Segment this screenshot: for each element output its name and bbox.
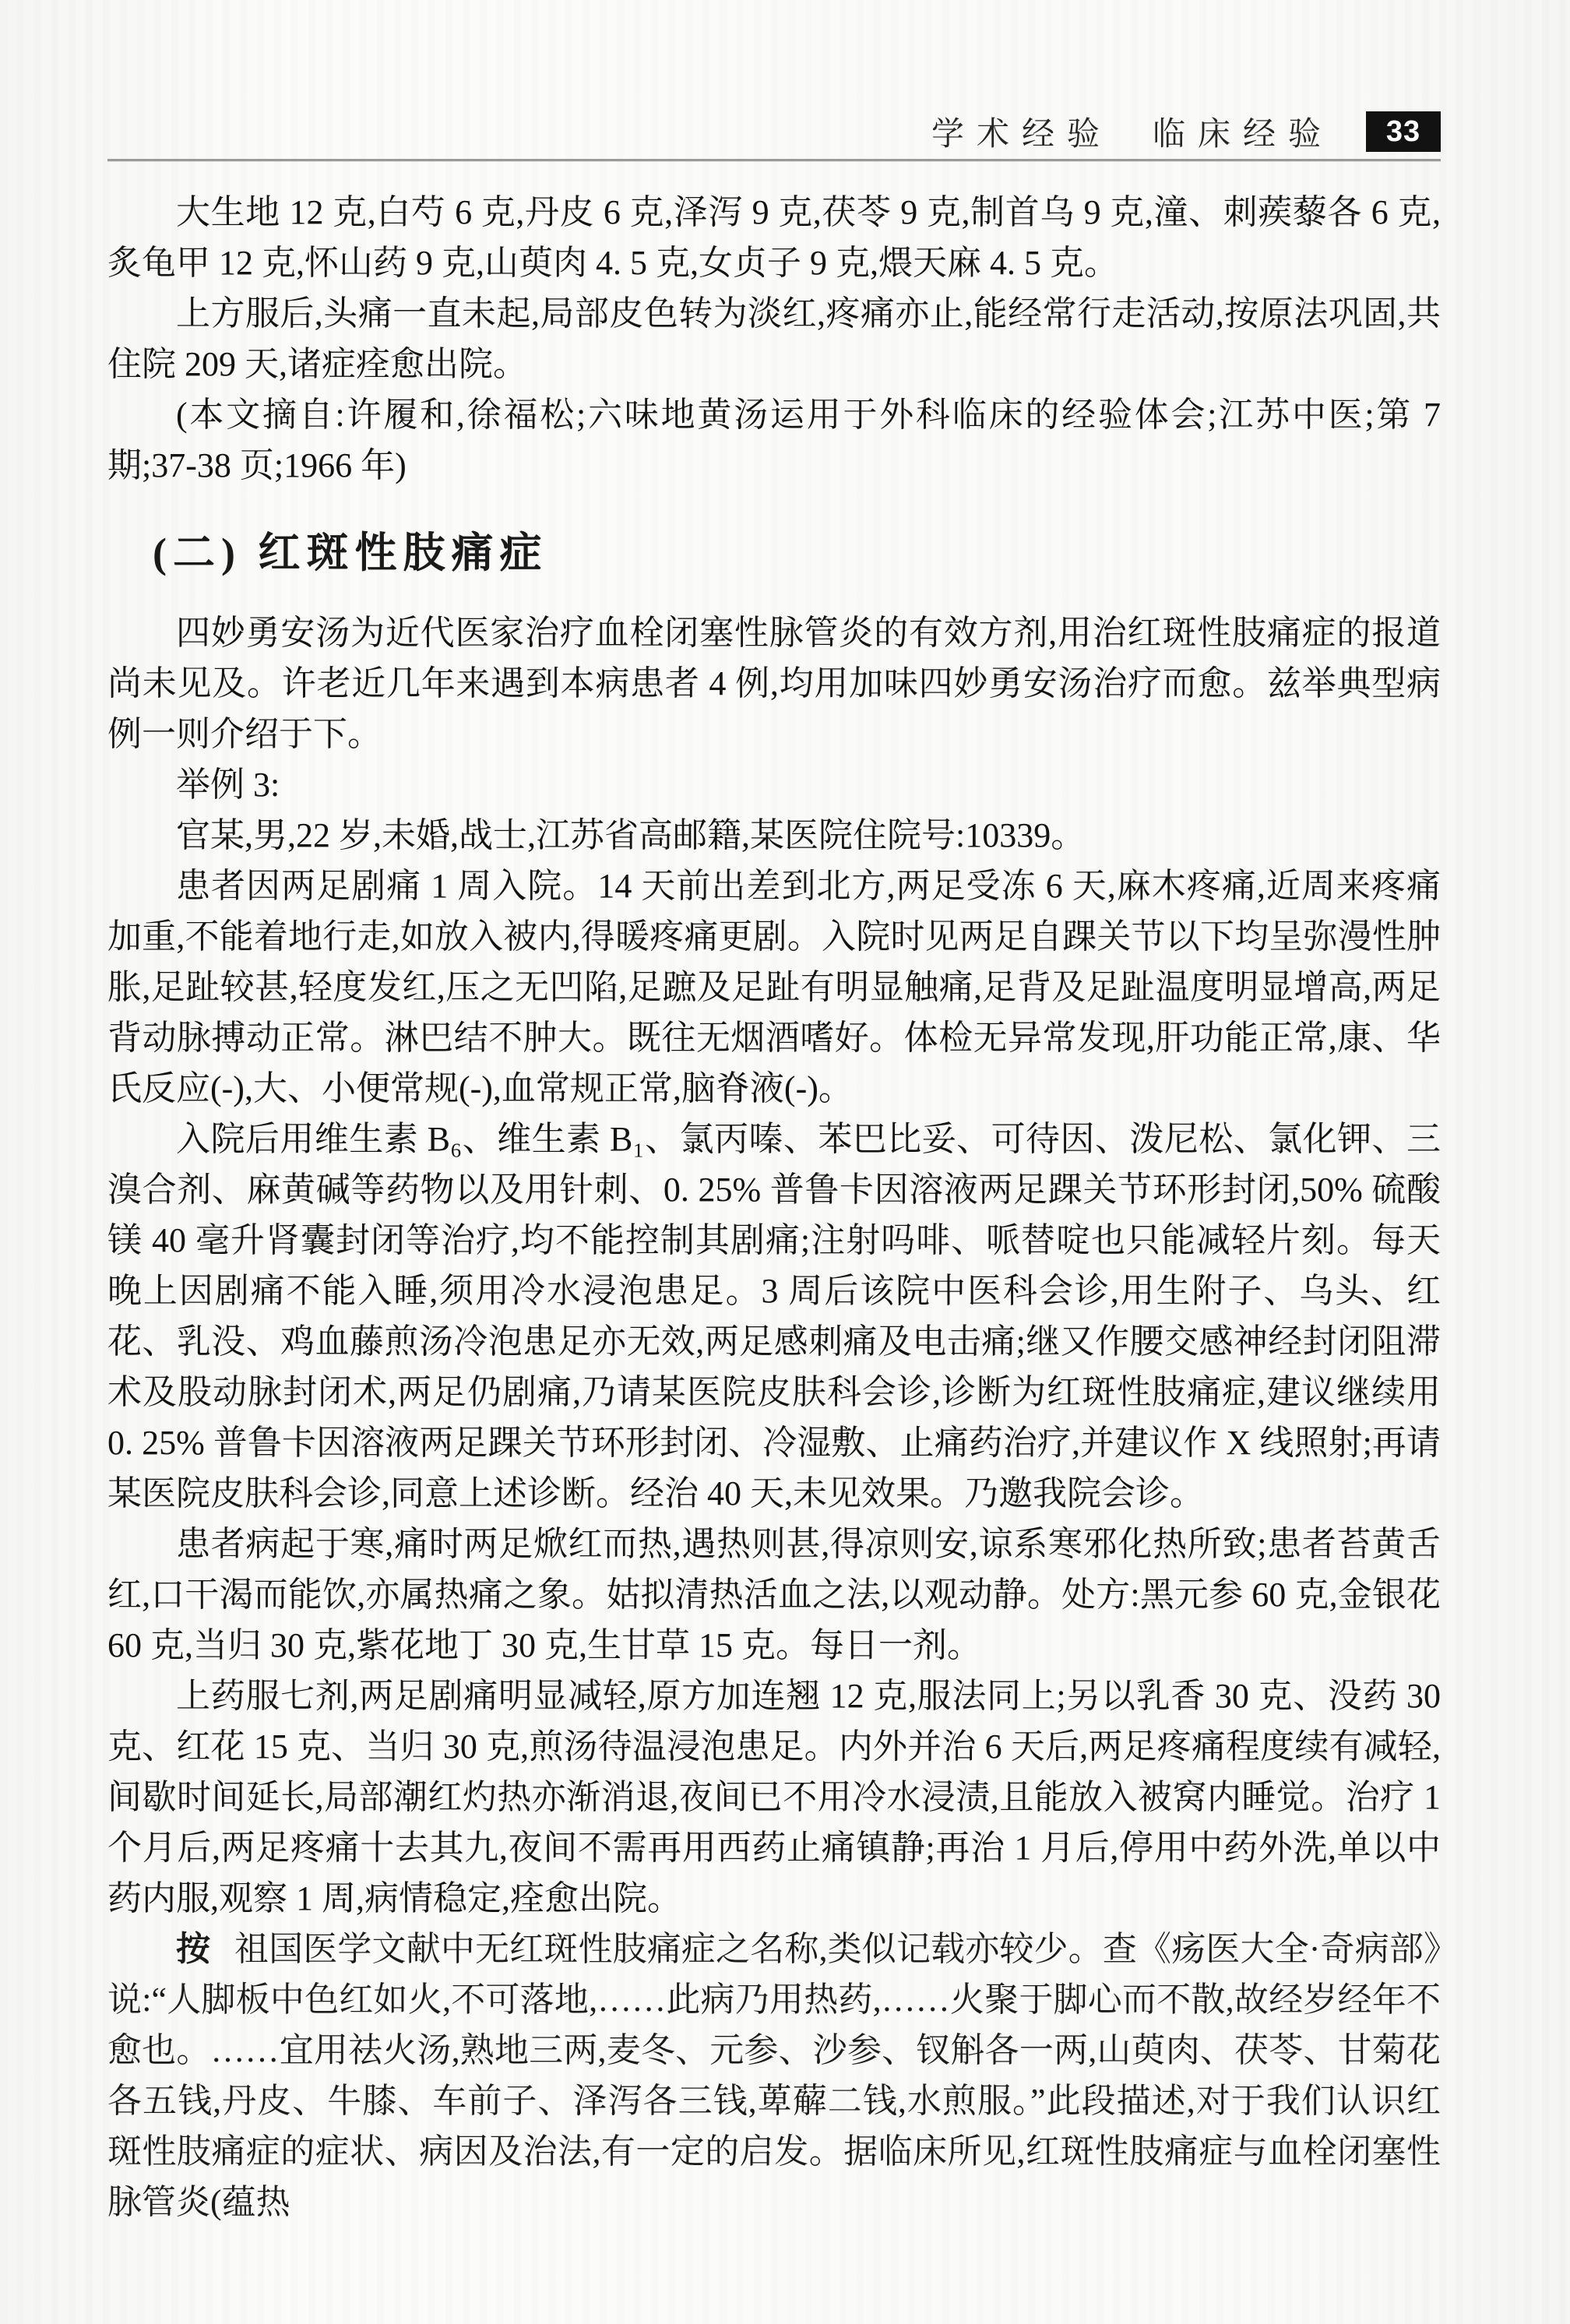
page-header: 学术经验 临床经验 33 <box>107 109 1441 154</box>
note-paragraph: 按祖国医学文献中无红斑性肢痛症之名称,类似记载亦较少。查《疡医大全·奇病部》说:… <box>107 1924 1441 2227</box>
section-heading: (二) 红斑性肢痛症 <box>107 525 1441 581</box>
paragraph: 入院后用维生素 B₆、维生素 B₁、氯丙嗪、苯巴比妥、可待因、泼尼松、氯化钾、三… <box>107 1114 1441 1519</box>
paragraph: 上药服七剂,两足剧痛明显减轻,原方加连翘 12 克,服法同上;另以乳香 30 克… <box>107 1671 1441 1924</box>
paragraph: 大生地 12 克,白芍 6 克,丹皮 6 克,泽泻 9 克,茯苓 9 克,制首乌… <box>107 187 1441 288</box>
page-number-badge: 33 <box>1366 111 1441 152</box>
article-body: 大生地 12 克,白芍 6 克,丹皮 6 克,泽泻 9 克,茯苓 9 克,制首乌… <box>107 187 1441 2227</box>
paragraph: 举例 3: <box>107 759 1441 810</box>
paragraph: 四妙勇安汤为近代医家治疗血栓闭塞性脉管炎的有效方剂,用治红斑性肢痛症的报道尚未见… <box>107 607 1441 759</box>
paragraph: 患者因两足剧痛 1 周入院。14 天前出差到北方,两足受冻 6 天,麻木疼痛,近… <box>107 861 1441 1114</box>
paragraph: (本文摘自:许履和,徐福松;六味地黄汤运用于外科临床的经验体会;江苏中医;第 7… <box>107 389 1441 491</box>
book-page: 学术经验 临床经验 33 大生地 12 克,白芍 6 克,丹皮 6 克,泽泻 9… <box>0 0 1570 2324</box>
note-label: 按 <box>176 1930 210 1968</box>
paragraph: 患者病起于寒,痛时两足焮红而热,遇热则甚,得凉则安,谅系寒邪化热所致;患者苔黄舌… <box>107 1519 1441 1671</box>
running-head-right: 临床经验 <box>1153 108 1333 155</box>
running-head-left: 学术经验 <box>931 108 1112 155</box>
paragraph: 上方服后,头痛一直未起,局部皮色转为淡红,疼痛亦止,能经常行走活动,按原法巩固,… <box>107 288 1441 389</box>
paragraph: 官某,男,22 岁,未婚,战士,江苏省高邮籍,某医院住院号:10339。 <box>107 810 1441 861</box>
header-divider <box>107 159 1441 161</box>
paragraph-list: 大生地 12 克,白芍 6 克,丹皮 6 克,泽泻 9 克,茯苓 9 克,制首乌… <box>107 187 1441 2227</box>
